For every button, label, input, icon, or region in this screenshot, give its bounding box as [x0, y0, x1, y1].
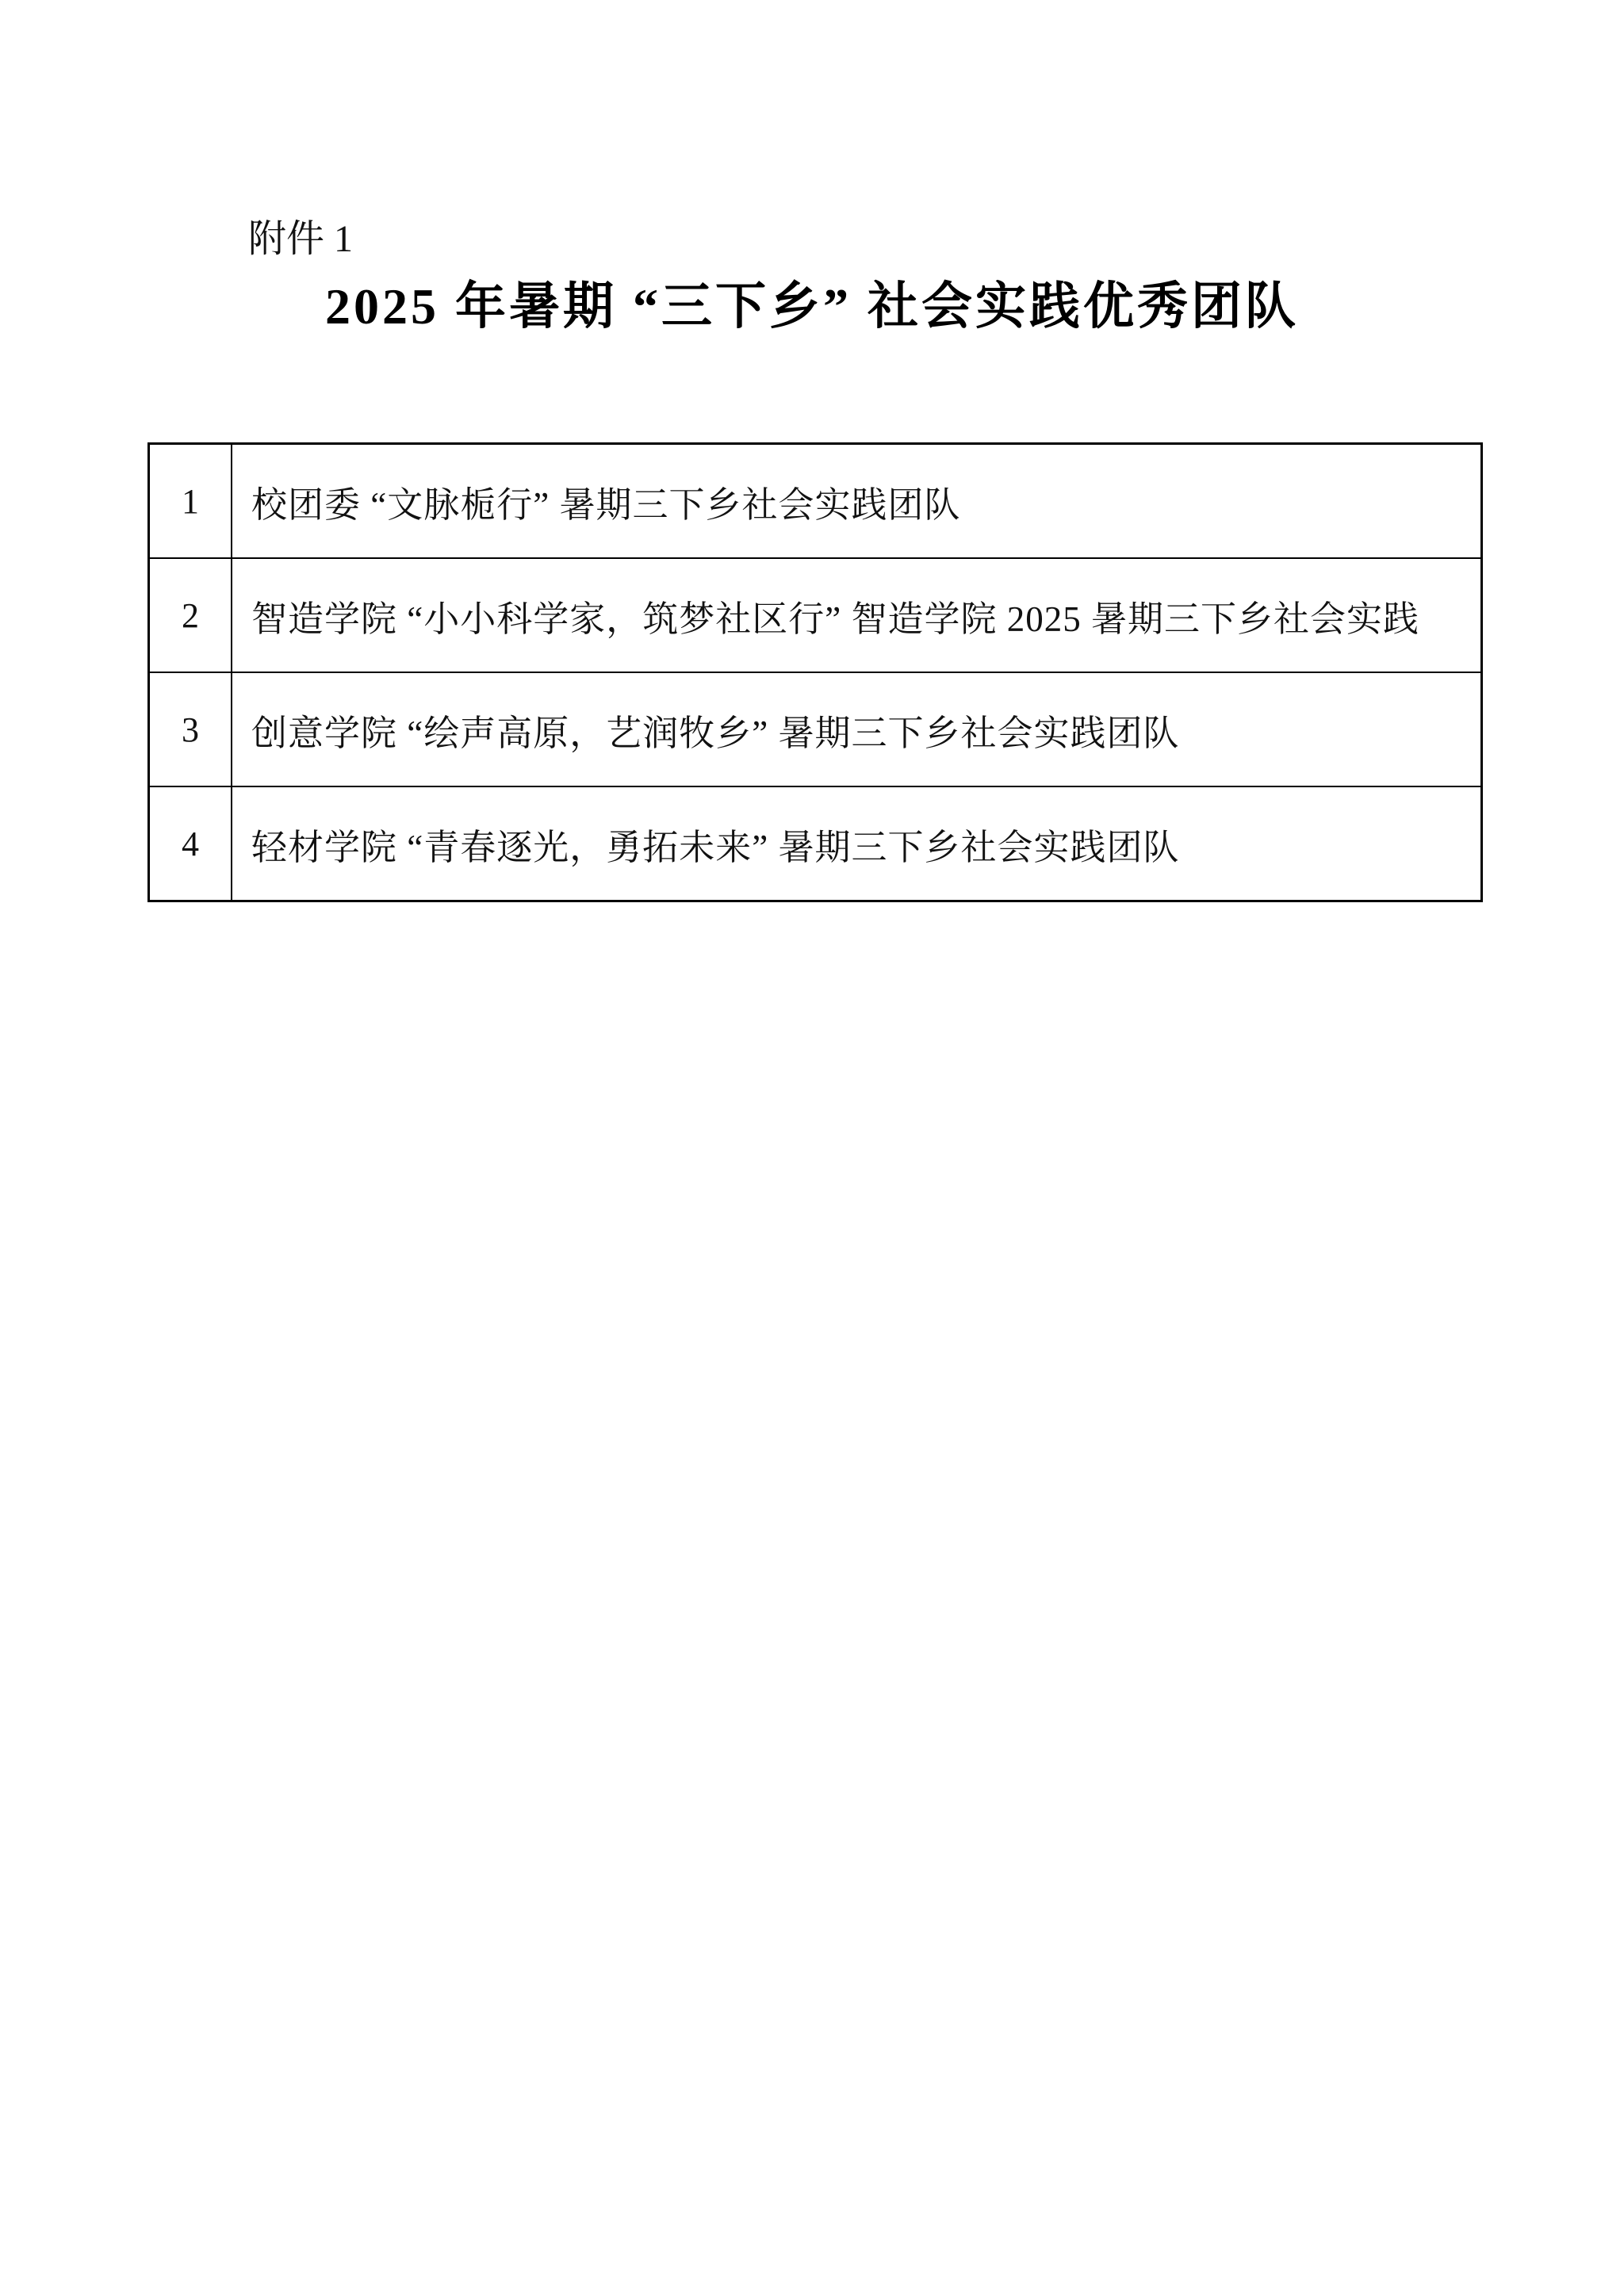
table-row: 1 校团委 “文脉栀行” 暑期三下乡社会实践团队 — [149, 444, 1482, 559]
document-page: 附件 1 2025 年暑期 “三下乡” 社会实践优秀团队 1 校团委 “文脉栀行… — [0, 0, 1624, 2296]
team-name-cell: 创意学院 “绘声高原，艺润牧乡” 暑期三下乡社会实践团队 — [232, 672, 1482, 786]
page-title: 2025 年暑期 “三下乡” 社会实践优秀团队 — [0, 279, 1624, 335]
table-row: 3 创意学院 “绘声高原，艺润牧乡” 暑期三下乡社会实践团队 — [149, 672, 1482, 786]
table-row: 4 轻材学院 “青春逐光，勇拓未来” 暑期三下乡社会实践团队 — [149, 786, 1482, 901]
teams-table: 1 校团委 “文脉栀行” 暑期三下乡社会实践团队 2 智造学院 “小小科学家，筑… — [147, 442, 1483, 902]
row-number-cell: 3 — [149, 672, 232, 786]
row-number-cell: 4 — [149, 786, 232, 901]
table-row: 2 智造学院 “小小科学家，筑梦社区行” 智造学院 2025 暑期三下乡社会实践 — [149, 558, 1482, 672]
teams-table-body: 1 校团委 “文脉栀行” 暑期三下乡社会实践团队 2 智造学院 “小小科学家，筑… — [149, 444, 1482, 901]
attachment-label: 附件 1 — [248, 219, 353, 261]
team-name-cell: 校团委 “文脉栀行” 暑期三下乡社会实践团队 — [232, 444, 1482, 559]
team-name-cell: 智造学院 “小小科学家，筑梦社区行” 智造学院 2025 暑期三下乡社会实践 — [232, 558, 1482, 672]
team-name-cell: 轻材学院 “青春逐光，勇拓未来” 暑期三下乡社会实践团队 — [232, 786, 1482, 901]
row-number-cell: 2 — [149, 558, 232, 672]
row-number-cell: 1 — [149, 444, 232, 559]
